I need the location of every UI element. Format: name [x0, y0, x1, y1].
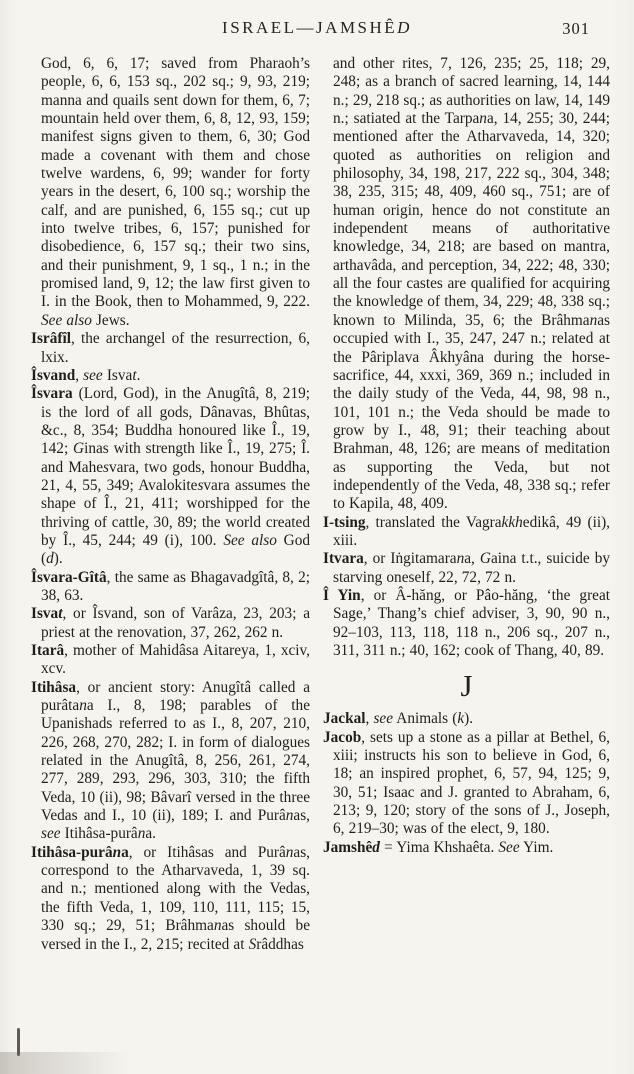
entry-text: .: [137, 367, 141, 384]
entry-jackal: Jackal, see Animals (k).: [323, 710, 610, 728]
entry-text: , mother of Mahidâsa Aitareya, 1, xciv, …: [41, 642, 310, 677]
entry-text: n: [79, 697, 87, 714]
entry-text: Yim.: [520, 839, 554, 856]
entry-text: G: [480, 550, 491, 567]
text-columns: God, 6, 6, 17; saved from Pharaoh’s peop…: [31, 55, 610, 954]
entry-text: râddhas: [256, 936, 304, 953]
entry-text: ).: [54, 550, 63, 567]
entry-headword: Jacob: [323, 729, 361, 746]
entry-text: , or Â-hăng, or Pâo-hăng, ‘the great Sag…: [333, 587, 610, 659]
entry-israfil: Isrâfîl, the archangel of the resurrecti…: [31, 330, 310, 367]
entry-headword: a: [121, 844, 129, 861]
entry-headword: Itarâ: [31, 642, 64, 659]
entry-i-tsing: I-tsing, translated the Vagrakkhedikâ, 4…: [323, 514, 610, 551]
entry-jacob: Jacob, sets up a stone as a pillar at Be…: [323, 729, 610, 839]
entry-isvat: Isvat, or Îsvand, son of Varâza, 23, 203…: [31, 605, 310, 642]
entry-text: kkh: [502, 514, 523, 531]
entry-headword: Jackal: [323, 710, 366, 727]
page-title-roman: ISRAEL—JAMSHÊ: [222, 18, 397, 37]
entry-text: Itihâsa-purâ: [61, 825, 138, 842]
entry-headword: Îsvara-Gîtâ: [31, 569, 107, 586]
entry-itihasa-purana-continuation: and other rites, 7, 126, 235; 25, 118; 2…: [323, 55, 610, 514]
entry-text: see: [373, 710, 393, 727]
entry-headword: Isrâfîl: [31, 330, 71, 347]
entry-text: a,: [464, 550, 480, 567]
entry-text: as,: [293, 807, 310, 824]
book-page: ISRAEL—JAMSHÊD 301 God, 6, 6, 17; saved …: [0, 0, 634, 1074]
entry-text: see: [83, 367, 103, 384]
entry-jamshed: Jamshêd = Yima Khshaêta. See Yim.: [323, 839, 610, 857]
entry-itihasa: Itihâsa, or ancient story: Anugîtâ calle…: [31, 679, 310, 844]
entry-headword: Isva: [31, 605, 58, 622]
page-title-italic-letter: D: [397, 18, 412, 37]
right-column: and other rites, 7, 126, 235; 25, 118; 2…: [323, 55, 610, 954]
entry-text: a, 14, 255; 30, 244; mentioned after the…: [333, 110, 610, 329]
page-title: ISRAEL—JAMSHÊD: [0, 18, 634, 38]
entry-text: ,: [75, 367, 83, 384]
running-head: ISRAEL—JAMSHÊD 301: [0, 18, 634, 42]
entry-headword: Îsvara: [31, 385, 73, 402]
entry-text: , sets up a stone as a pillar at Bethel,…: [333, 729, 610, 838]
entry-text: n: [479, 110, 487, 127]
entry-headword: Itihâsa: [31, 679, 76, 696]
entry-text: , the archangel of the resurrection, 6, …: [41, 330, 310, 365]
entry-text: Animals (: [393, 710, 457, 727]
entry-itihasa-purana: Itihâsa-purâna, or Itihâsas and Purânas,…: [31, 844, 310, 954]
entry-text: , or Iṅgitamara: [364, 550, 457, 567]
entry-text: See also: [41, 312, 92, 329]
entry-text: d: [46, 550, 54, 567]
entry-text: , or Itihâsas and Purâ: [129, 844, 286, 861]
entry-text: ).: [464, 710, 473, 727]
entry-text: , translated the Vagra: [366, 514, 502, 531]
entry-headword: Îsvand: [31, 367, 75, 384]
entry-text: as occupied with I., 35, 247, 247 n.; re…: [333, 312, 610, 512]
scan-artifact: [17, 1028, 20, 1056]
entry-text: God, 6, 6, 17; saved from Pharaoh’s peop…: [41, 55, 310, 310]
entry-text: See also: [223, 532, 277, 549]
entry-israel-continuation: God, 6, 6, 17; saved from Pharaoh’s peop…: [31, 55, 310, 330]
entry-headword: Itihâsa-purâ: [31, 844, 113, 861]
entry-text: G: [73, 440, 84, 457]
entry-headword: Î Yin: [323, 587, 361, 604]
entry-i-yin: Î Yin, or Â-hăng, or Pâo-hăng, ‘the grea…: [323, 587, 610, 660]
entry-headword: I-tsing: [323, 514, 366, 531]
section-heading-j: J: [323, 660, 610, 710]
entry-headword: d: [372, 839, 380, 856]
entry-isvara: Îsvara (Lord, God), in the Anugîtâ, 8, 2…: [31, 385, 310, 568]
page-number: 301: [562, 19, 590, 39]
entry-isvara-gita: Îsvara-Gîtâ, the same as Bhagavadgîtâ, 8…: [31, 569, 310, 606]
entry-headword: Itvara: [323, 550, 364, 567]
entry-itvara: Itvara, or Iṅgitamarana, Gaina t.t., sui…: [323, 550, 610, 587]
entry-text: Isva: [103, 367, 133, 384]
entry-text: a I., 8, 198; parables of the Upanishads…: [41, 697, 310, 824]
entry-text: See: [498, 839, 519, 856]
entry-text: see: [41, 825, 61, 842]
entry-text: Jews.: [92, 312, 130, 329]
left-column: God, 6, 6, 17; saved from Pharaoh’s peop…: [31, 55, 310, 954]
entry-text: , or Îsvand, son of Varâza, 23, 203; a p…: [41, 605, 310, 640]
entry-text: = Yima Khshaêta.: [380, 839, 498, 856]
entry-itara: Itarâ, mother of Mahidâsa Aitareya, 1, x…: [31, 642, 310, 679]
entry-text: a.: [145, 825, 156, 842]
entry-headword: Jamshê: [323, 839, 372, 856]
entry-headword: n: [113, 844, 122, 861]
entry-isvand: Îsvand, see Isvat.: [31, 367, 310, 385]
